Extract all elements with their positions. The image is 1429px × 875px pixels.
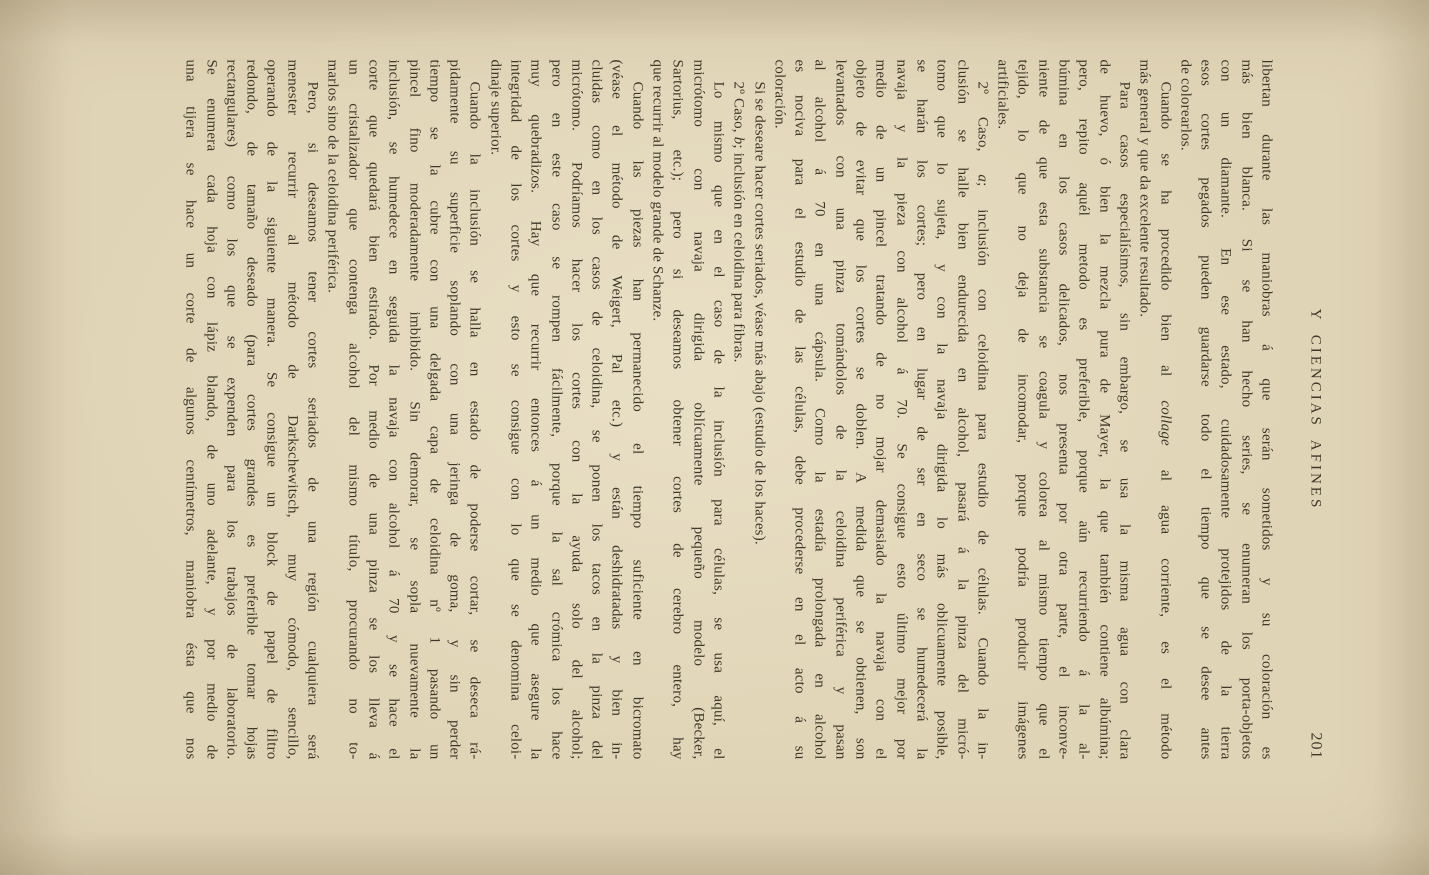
text-line: navaja y la pieza con alcohol á 70. Se c… <box>891 60 911 760</box>
text-line: Se enumera cada hoja con lápiz blando, d… <box>201 60 221 760</box>
text-line: que recurrir al modelo grande de Schanze… <box>647 60 667 760</box>
text-line: Cuando se ha procedido bien al collage a… <box>1155 60 1175 760</box>
text-line: niente de que esta substancia se coagula… <box>1033 60 1053 760</box>
text-line: pero en este caso se rompen fácilmente, … <box>546 60 566 760</box>
text-line: más general y que da excelente resultado… <box>1134 60 1154 760</box>
text-line: redondo, de tamaño deseado (para cortes … <box>241 60 261 760</box>
text-line: medio de un pincel tratando de no mojar … <box>871 60 891 760</box>
text-line: (véase el método de Weigert, Pal etc.) y… <box>607 60 627 760</box>
text-line: al alcohol á 70 en una cápsula. Como la … <box>810 60 830 760</box>
text-line: pincel fino moderadamente imbibido. Sin … <box>404 60 424 760</box>
text-line: inclusión, se humedece en seguida la nav… <box>383 60 403 760</box>
text-line: clusión se halle bien endurecida en alco… <box>952 60 972 760</box>
text-line: Cuando las piezas han permanecido el tie… <box>627 60 647 760</box>
text-line: Cuando la inclusión se halla en estado d… <box>465 60 485 760</box>
text-line: integridad de los cortes y esto se consi… <box>505 60 525 760</box>
text-line: cluidas como en los casos de celoidina, … <box>586 60 606 760</box>
text-line: coloración. <box>769 60 789 760</box>
text-line: Si se deseare hacer cortes seriados, véa… <box>749 60 769 760</box>
text-line: tejido, lo que no deja de incomodar, por… <box>1013 60 1033 760</box>
text-line: libertan durante las maniobras á que ser… <box>1256 60 1276 760</box>
text-line: Para casos especialísimos, sin embargo, … <box>1114 60 1134 760</box>
text-line: corte que quedará bien estirado. Por med… <box>363 60 383 760</box>
text-line: una tijera se hace un corte de algunos c… <box>180 60 200 760</box>
text-line: micrótomo con navaja dirigida oblícuamen… <box>688 60 708 760</box>
text-line: se harán los cortes; pero en lugar de se… <box>911 60 931 760</box>
text-line: muy quebradizos. Hay que recurrir entonc… <box>526 60 546 760</box>
text-line: objeto de evitar que los cortes se doble… <box>850 60 870 760</box>
text-line: 2º Caso, a; inclusión con celoidina para… <box>972 60 992 760</box>
page-content: Y CIENCIAS AFINES 201 libertan durante l… <box>180 60 1325 760</box>
text-line: menester recurrir al método de Darkschew… <box>282 60 302 760</box>
text-line: levantados con una pinza tomándolos de l… <box>830 60 850 760</box>
text-line: más bien blanca. Si se han hecho series,… <box>1236 60 1256 760</box>
scanned-page: Y CIENCIAS AFINES 201 libertan durante l… <box>0 0 1429 875</box>
text-line: pero, repito aquél metodo es preferible,… <box>1074 60 1094 760</box>
text-block: libertan durante las maniobras á que ser… <box>180 60 1276 760</box>
text-line: tiempo se la cubre con una delgada capa … <box>424 60 444 760</box>
text-line: rectangulares) como los que se expenden … <box>221 60 241 760</box>
text-line: pidamente su superficie soplando con una… <box>444 60 464 760</box>
text-line: esos cortes pegados pueden guardarse tod… <box>1195 60 1215 760</box>
text-line: operando de la siguiente manera. Se cons… <box>262 60 282 760</box>
text-line: un cristalizador que contenga alcohol de… <box>343 60 363 760</box>
text-line: de huevo, ó bien la mezcla pura de Mayer… <box>1094 60 1114 760</box>
text-line: Sartorius, etc.); pero si deseamos obten… <box>668 60 688 760</box>
text-line: es nociva para el estudio de las células… <box>789 60 809 760</box>
text-line: con un diamante. En ese estado, cuidados… <box>1216 60 1236 760</box>
text-line: tomo que lo sujeta, y con la navaja diri… <box>931 60 951 760</box>
text-line: 2º Caso, b; inclusión en celoidina para … <box>728 60 748 760</box>
text-line: Lo mismo que en el caso de la inclusión … <box>708 60 728 760</box>
running-head: Y CIENCIAS AFINES 201 <box>1305 60 1325 760</box>
text-line: búmina en los casos delicados, nos prese… <box>1053 60 1073 760</box>
running-head-title: Y CIENCIAS AFINES <box>1307 309 1324 511</box>
page-number: 201 <box>1307 510 1325 759</box>
text-line: marlos sino de la celoidina periférica. <box>323 60 343 760</box>
text-line: de colorearlos. <box>1175 60 1195 760</box>
text-line: artificiales. <box>992 60 1012 760</box>
text-line: Pero, si deseamos tener cortes seriados … <box>302 60 322 760</box>
text-line: micrótomo. Podríamos hacer los cortes co… <box>566 60 586 760</box>
text-line: dinaje superior. <box>485 60 505 760</box>
